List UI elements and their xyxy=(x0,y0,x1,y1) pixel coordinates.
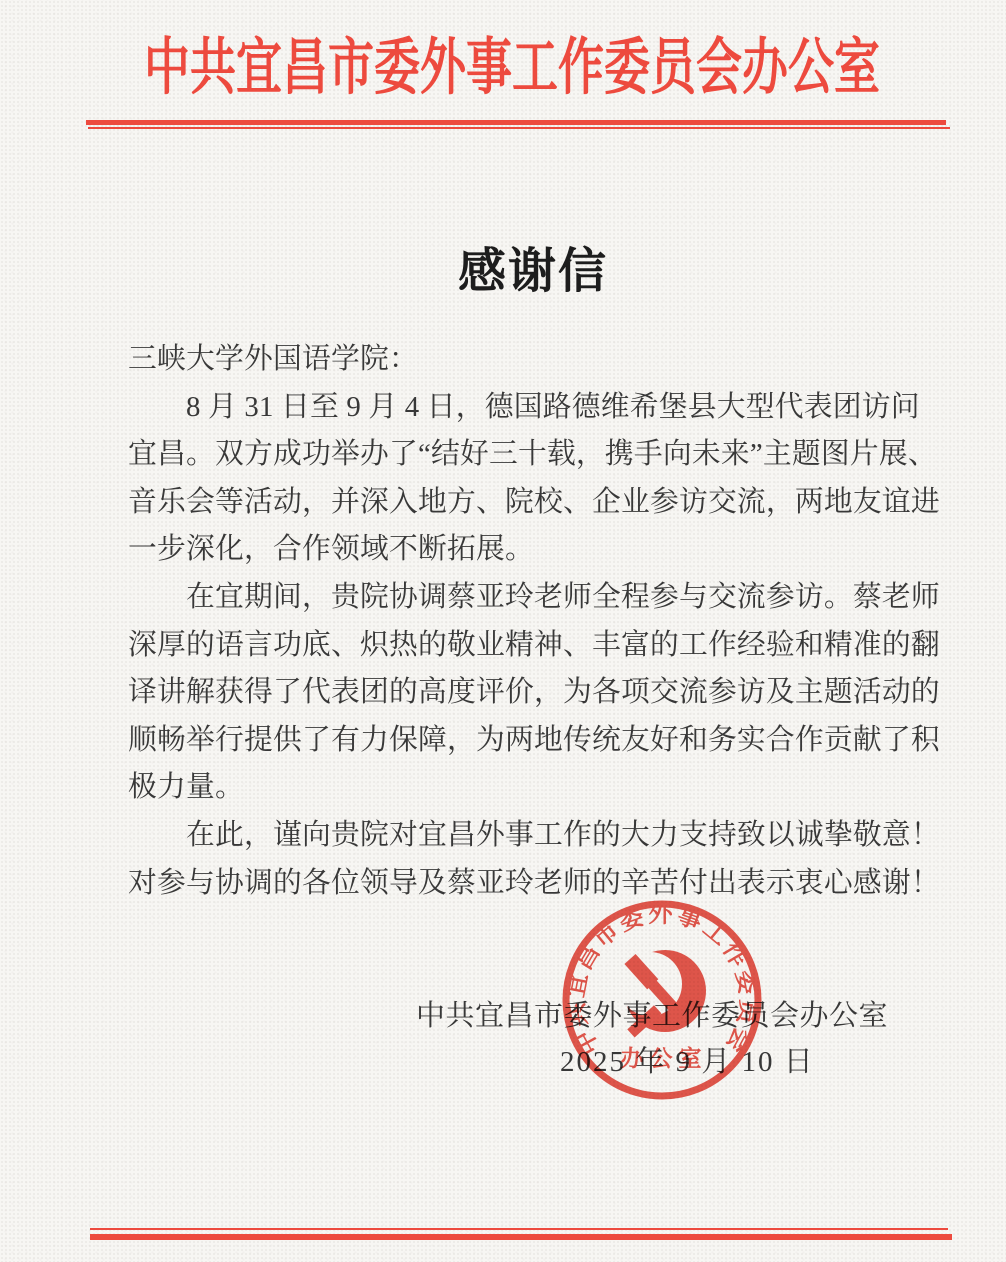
body-line: 译讲解获得了代表团的高度评价，为各项交流参访及主题活动的 xyxy=(128,669,890,717)
body-line: 8 月 31 日至 9 月 4 日，德国路德维希堡县大型代表团访问 xyxy=(128,384,890,432)
body-line: 对参与协调的各位领导及蔡亚玲老师的辛苦付出表示衷心感谢！ xyxy=(128,860,890,908)
hammer-sickle-icon xyxy=(624,950,706,1038)
body-line: 在宜期间，贵院协调蔡亚玲老师全程参与交流参访。蔡老师 xyxy=(128,574,890,622)
letter-page: 中共宜昌市委外事工作委员会办公室 感谢信 三峡大学外国语学院： 8 月 31 日… xyxy=(0,0,1006,1262)
body-line: 宜昌。双方成功举办了“结好三十载，携手向未来”主题图片展、 xyxy=(128,431,890,479)
letterhead-org-name: 中共宜昌市委外事工作委员会办公室 xyxy=(18,17,1006,118)
letter-body: 三峡大学外国语学院： 8 月 31 日至 9 月 4 日，德国路德维希堡县大型代… xyxy=(128,336,890,907)
body-line: 深厚的语言功底、炽热的敬业精神、丰富的工作经验和精准的翻 xyxy=(128,622,890,670)
seal-bottom-text: 办公室 xyxy=(621,1045,708,1071)
footer-rule-thick xyxy=(90,1234,952,1240)
recipient-line: 三峡大学外国语学院： xyxy=(128,336,890,384)
letterhead-rule-thin xyxy=(88,127,950,129)
body-line: 一步深化，合作领域不断拓展。 xyxy=(128,526,890,574)
letter-title: 感谢信 xyxy=(60,232,1006,301)
body-line: 极力量。 xyxy=(128,764,890,812)
footer-rule-thin xyxy=(90,1228,948,1230)
official-seal: 中共宜昌市委外事工作委员会 办公室 xyxy=(552,890,772,1110)
letterhead-rule-thick xyxy=(86,120,946,125)
body-line: 在此，谨向贵院对宜昌外事工作的大力支持致以诚挚敬意！ xyxy=(128,812,890,860)
body-line: 顺畅举行提供了有力保障，为两地传统友好和务实合作贡献了积 xyxy=(128,717,890,765)
body-line: 音乐会等活动，并深入地方、院校、企业参访交流，两地友谊进 xyxy=(128,479,890,527)
